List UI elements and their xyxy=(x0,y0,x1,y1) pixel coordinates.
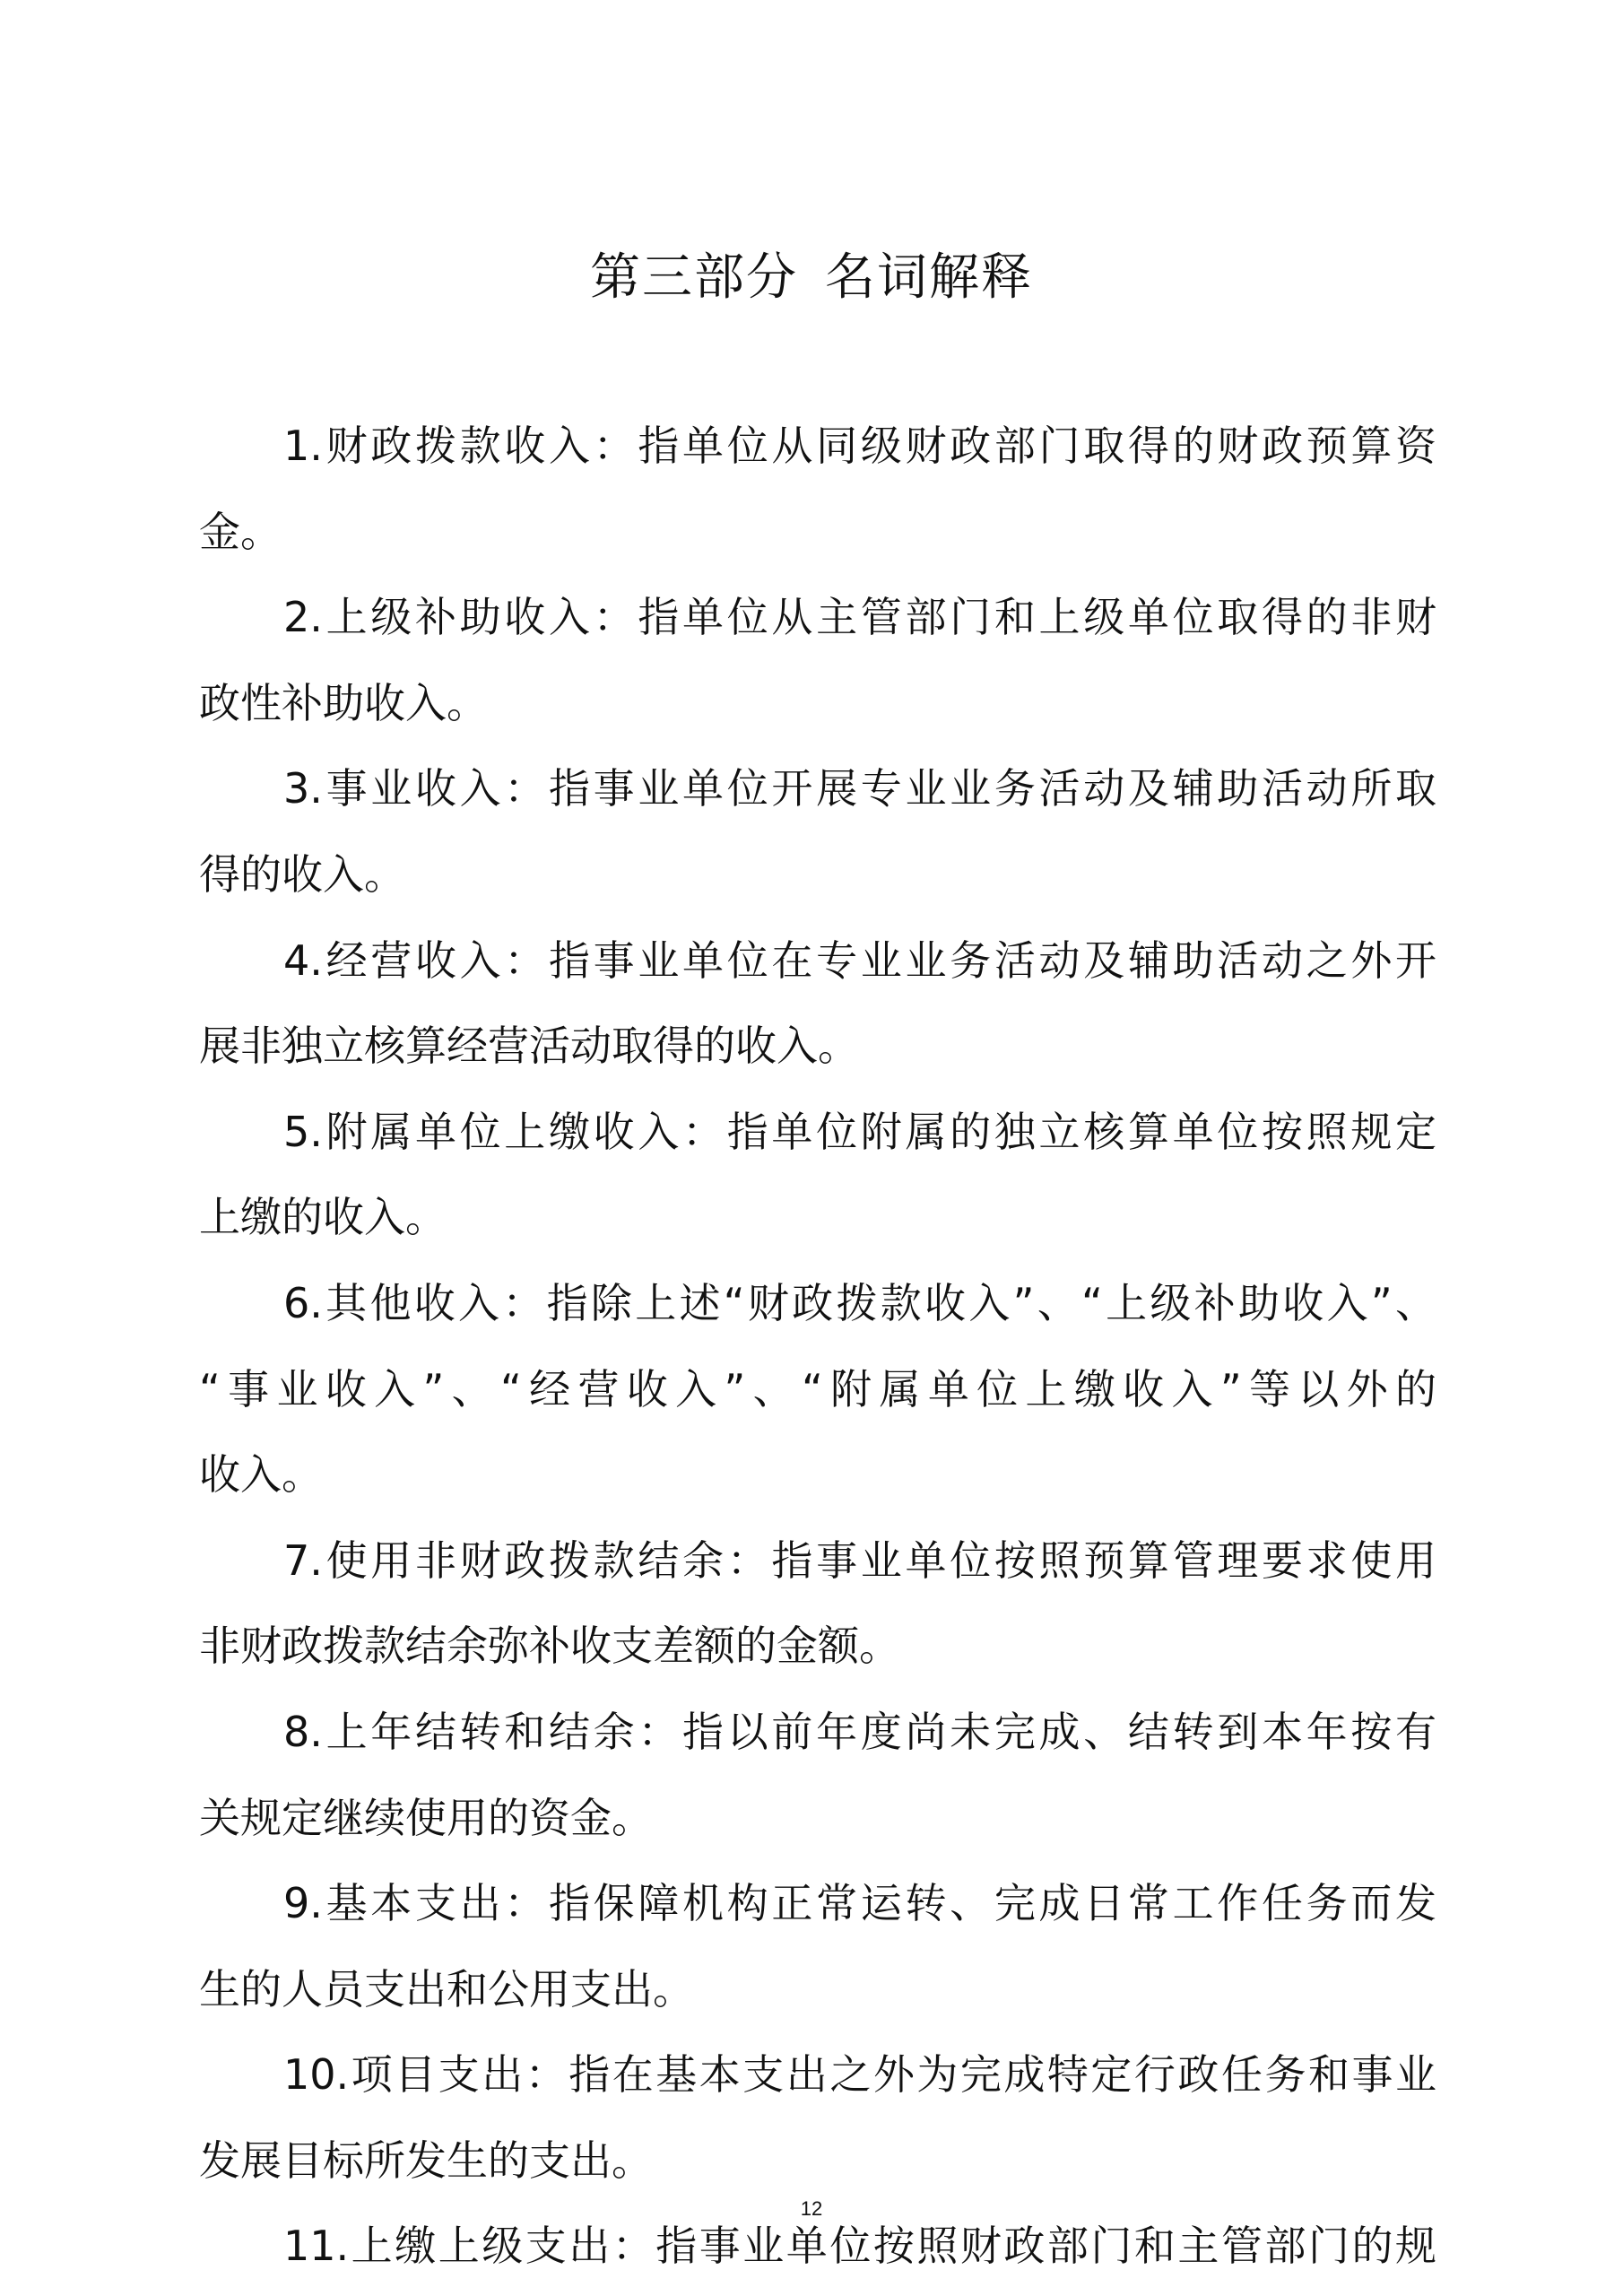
term-4: 4.经营收入：指事业单位在专业业务活动及辅助活动之外开 展非独立核算经营活动取得… xyxy=(199,918,1436,1090)
title-part: 第三部分 xyxy=(590,248,798,307)
term-line: 关规定继续使用的资金。 xyxy=(199,1776,1436,1862)
term-line: 2.上级补助收入：指单位从主管部门和上级单位取得的非财 xyxy=(199,575,1436,661)
title-name: 名词解释 xyxy=(825,248,1033,307)
term-line: 发展目标所发生的支出。 xyxy=(199,2118,1436,2205)
term-line: 4.经营收入：指事业单位在专业业务活动及辅助活动之外开 xyxy=(199,918,1436,1004)
terms-body: 1.财政拨款收入：指单位从同级财政部门取得的财政预算资 金。 2.上级补助收入：… xyxy=(199,404,1436,2290)
term-line: 金。 xyxy=(199,490,1436,576)
term-line: 8.上年结转和结余：指以前年度尚未完成、结转到本年按有 xyxy=(199,1690,1436,1776)
term-line: 7.使用非财政拨款结余：指事业单位按照预算管理要求使用 xyxy=(199,1518,1436,1605)
term-line: 展非独立核算经营活动取得的收入。 xyxy=(199,1004,1436,1090)
page-number: 12 xyxy=(0,2196,1623,2222)
term-3: 3.事业收入：指事业单位开展专业业务活动及辅助活动所取 得的收入。 xyxy=(199,746,1436,918)
term-7: 7.使用非财政拨款结余：指事业单位按照预算管理要求使用 非财政拨款结余弥补收支差… xyxy=(199,1518,1436,1690)
term-line: “事业收入”、“经营收入”、“附属单位上缴收入”等以外的 xyxy=(199,1347,1436,1433)
term-1: 1.财政拨款收入：指单位从同级财政部门取得的财政预算资 金。 xyxy=(199,404,1436,575)
term-line: 非财政拨款结余弥补收支差额的金额。 xyxy=(199,1604,1436,1690)
term-8: 8.上年结转和结余：指以前年度尚未完成、结转到本年按有 关规定继续使用的资金。 xyxy=(199,1690,1436,1861)
term-line: 收入。 xyxy=(199,1432,1436,1518)
term-line: 上缴的收入。 xyxy=(199,1175,1436,1261)
term-10: 10.项目支出：指在基本支出之外为完成特定行政任务和事业 发展目标所发生的支出。 xyxy=(199,2032,1436,2204)
term-line: 生的人员支出和公用支出。 xyxy=(199,1947,1436,2033)
term-5: 5.附属单位上缴收入：指单位附属的独立核算单位按照规定 上缴的收入。 xyxy=(199,1090,1436,1261)
term-9: 9.基本支出：指保障机构正常运转、完成日常工作任务而发 生的人员支出和公用支出。 xyxy=(199,1861,1436,2032)
page-title: 第三部分名词解释 xyxy=(0,249,1623,307)
term-line: 得的收入。 xyxy=(199,832,1436,918)
term-line: 6.其他收入：指除上述“财政拨款收入”、“上级补助收入”、 xyxy=(199,1261,1436,1347)
term-line: 10.项目支出：指在基本支出之外为完成特定行政任务和事业 xyxy=(199,2032,1436,2118)
term-2: 2.上级补助收入：指单位从主管部门和上级单位取得的非财 政性补助收入。 xyxy=(199,575,1436,746)
term-6: 6.其他收入：指除上述“财政拨款收入”、“上级补助收入”、 “事业收入”、“经营… xyxy=(199,1261,1436,1518)
term-line: 1.财政拨款收入：指单位从同级财政部门取得的财政预算资 xyxy=(199,404,1436,490)
term-line: 9.基本支出：指保障机构正常运转、完成日常工作任务而发 xyxy=(199,1861,1436,1947)
term-line: 政性补助收入。 xyxy=(199,661,1436,747)
term-line: 3.事业收入：指事业单位开展专业业务活动及辅助活动所取 xyxy=(199,746,1436,832)
term-line: 5.附属单位上缴收入：指单位附属的独立核算单位按照规定 xyxy=(199,1090,1436,1176)
